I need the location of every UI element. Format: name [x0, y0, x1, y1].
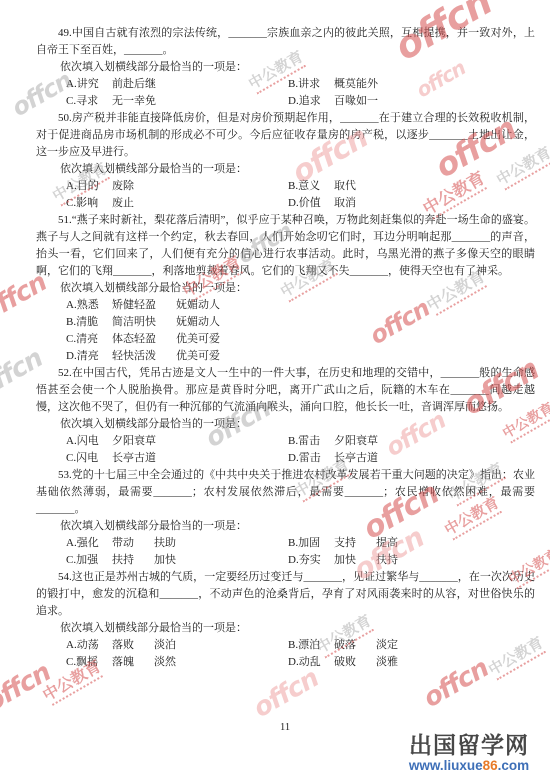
option-cell: 取消	[334, 195, 356, 212]
option-cell: C.影响	[66, 195, 112, 212]
option-cell: 无一幸免	[112, 93, 156, 110]
option: D.追求百喙如一	[288, 93, 398, 110]
liuxue-logo-name: 出国留学网	[396, 733, 542, 758]
option-cell: B.加固	[288, 535, 334, 552]
option-cell: 前赴后继	[112, 76, 156, 93]
option: D.清亮轻快活泼优美可爱	[66, 348, 288, 365]
option-cell: 淡雅	[376, 654, 398, 671]
option-cell: A.讲究	[66, 76, 112, 93]
option-cell: 长亭古道	[112, 450, 156, 467]
option-cell: A.闪电	[66, 433, 112, 450]
question-stem: 54.这也正是苏州古城的气质，一定要经历过变迁与_______，见证过繁华与__…	[36, 569, 535, 620]
options-row: C.寻求无一幸免D.追求百喙如一	[66, 93, 535, 110]
option: B.雷击夕阳衰草	[288, 433, 398, 450]
document-page: offcnoffcn中公教育offcn中公教育offcn中公教育offcn中公教…	[0, 0, 550, 782]
option-cell: 优美可爱	[176, 348, 220, 365]
option-cell: 体态轻盈	[112, 331, 156, 348]
option: B.意义取代	[288, 178, 376, 195]
option-cell: 落败	[112, 637, 134, 654]
option-cell: C.加强	[66, 552, 112, 569]
question-49: 49.中国自古就有浓烈的宗法传统，_______宗族血亲之内的彼此关照，互相提携…	[36, 25, 535, 110]
question-prompt: 依次填入划横线部分最恰当的一项是：	[36, 518, 535, 535]
option: A.熟悉矫健轻盈妩媚动人	[66, 297, 288, 314]
option-cell: 淡然	[154, 654, 176, 671]
options-row: A.闪电夕阳衰草B.雷击夕阳衰草	[66, 433, 535, 450]
option-cell: 废除	[112, 178, 134, 195]
option: D.夯实加快扶持	[288, 552, 418, 569]
option: D.价值取消	[288, 195, 376, 212]
option-cell: D.价值	[288, 195, 334, 212]
option-cell: A.目的	[66, 178, 112, 195]
option: A.目的废除	[66, 178, 288, 195]
option-cell: 破落	[334, 637, 356, 654]
options-row: D.清亮轻快活泼优美可爱	[66, 348, 535, 365]
options-row: A.熟悉矫健轻盈妩媚动人	[66, 297, 535, 314]
option-cell: 取代	[334, 178, 356, 195]
option-cell: C.闪电	[66, 450, 112, 467]
option-cell: 轻快活泼	[112, 348, 156, 365]
option-cell: B.雷击	[288, 433, 334, 450]
options-row: C.加强扶持加快D.夯实加快扶持	[66, 552, 535, 569]
option-cell: D.清亮	[66, 348, 112, 365]
option: C.飘摇落魄淡然	[66, 654, 288, 671]
option-cell: 扶持	[376, 552, 398, 569]
option-cell: 落魄	[112, 654, 134, 671]
question-prompt: 依次填入划横线部分最恰当的一项是：	[36, 59, 535, 76]
options-list: A.强化带动扶助B.加固支持提高C.加强扶持加快D.夯实加快扶持	[36, 535, 535, 569]
option: A.强化带动扶助	[66, 535, 288, 552]
url-suffix: .com	[498, 758, 530, 773]
liuxue-logo-url[interactable]: www.liuxue86.com	[396, 758, 542, 773]
option: A.闪电夕阳衰草	[66, 433, 288, 450]
option-cell: 破败	[334, 654, 356, 671]
question-prompt: 依次填入划横线部分最恰当的一项是：	[36, 416, 535, 433]
option-cell: B.清脆	[66, 314, 112, 331]
question-prompt: 依次填入划横线部分最恰当的一项是：	[36, 620, 535, 637]
question-stem: 52.在中国古代，凭吊古迹是文人一生中的一件大事，在历史和地理的交错中，____…	[36, 365, 535, 416]
question-52: 52.在中国古代，凭吊古迹是文人一生中的一件大事，在历史和地理的交错中，____…	[36, 365, 535, 467]
option-cell: C.飘摇	[66, 654, 112, 671]
option-cell: 妩媚动人	[176, 314, 220, 331]
option-cell: D.雷击	[288, 450, 334, 467]
option: C.加强扶持加快	[66, 552, 288, 569]
option: C.闪电长亭古道	[66, 450, 288, 467]
options-list: A.熟悉矫健轻盈妩媚动人B.清脆简洁明快妩媚动人C.清亮体态轻盈优美可爱D.清亮…	[36, 297, 535, 365]
option-cell: 概莫能外	[334, 76, 378, 93]
option-cell: A.强化	[66, 535, 112, 552]
questions-area: 49.中国自古就有浓烈的宗法传统，_______宗族血亲之内的彼此关照，互相提携…	[36, 25, 535, 671]
options-list: A.讲究前赴后继B.讲求概莫能外C.寻求无一幸免D.追求百喙如一	[36, 76, 535, 110]
option-cell: 带动	[112, 535, 134, 552]
option: A.讲究前赴后继	[66, 76, 288, 93]
option: C.清亮体态轻盈优美可爱	[66, 331, 288, 348]
option-cell: 百喙如一	[334, 93, 378, 110]
option-cell: 矫健轻盈	[112, 297, 156, 314]
url-prefix: www.liuxue	[409, 758, 483, 773]
option: D.雷击长亭古道	[288, 450, 398, 467]
option-cell: 加快	[154, 552, 176, 569]
option-cell: 长亭古道	[334, 450, 378, 467]
option-cell: 淡定	[376, 637, 398, 654]
option-cell: 夕阳衰草	[334, 433, 378, 450]
question-54: 54.这也正是苏州古城的气质，一定要经历过变迁与_______，见证过繁华与__…	[36, 569, 535, 671]
option-cell: 提高	[376, 535, 398, 552]
liuxue-logo: 出国留学网 www.liuxue86.com	[396, 733, 542, 773]
url-highlight: 86	[483, 758, 498, 773]
question-53: 53.党的十七届三中全会通过的《中共中央关于推进农村改革发展若干重大问题的决定》…	[36, 467, 535, 569]
question-51: 51.“燕子来时新社，梨花落后清明”，似乎应于某种召唤，万物此刻赶集似的奔赴一场…	[36, 212, 535, 365]
question-prompt: 依次填入划横线部分最恰当的一项是：	[36, 280, 535, 297]
options-row: A.讲究前赴后继B.讲求概莫能外	[66, 76, 535, 93]
option-cell: 支持	[334, 535, 356, 552]
options-list: A.动荡落败淡泊B.漂泊破落淡定C.飘摇落魄淡然D.动乱破败淡雅	[36, 637, 535, 671]
options-row: C.飘摇落魄淡然D.动乱破败淡雅	[66, 654, 535, 671]
option-cell: 妩媚动人	[176, 297, 220, 314]
question-50: 50.房产税并非能直接降低房价，但是对房价预期起作用，_______在于建立合理…	[36, 110, 535, 212]
option-cell: C.清亮	[66, 331, 112, 348]
option-cell: 扶持	[112, 552, 134, 569]
option-cell: A.动荡	[66, 637, 112, 654]
option-cell: D.追求	[288, 93, 334, 110]
question-prompt: 依次填入划横线部分最恰当的一项是：	[36, 161, 535, 178]
page-number: 11	[280, 722, 290, 733]
option-cell: D.动乱	[288, 654, 334, 671]
option: C.影响废止	[66, 195, 288, 212]
option-cell: C.寻求	[66, 93, 112, 110]
option-cell: 加快	[334, 552, 356, 569]
options-row: C.影响废止D.价值取消	[66, 195, 535, 212]
option: B.加固支持提高	[288, 535, 418, 552]
question-stem: 53.党的十七届三中全会通过的《中共中央关于推进农村改革发展若干重大问题的决定》…	[36, 467, 535, 518]
question-stem: 50.房产税并非能直接降低房价，但是对房价预期起作用，_______在于建立合理…	[36, 110, 535, 161]
options-row: B.清脆简洁明快妩媚动人	[66, 314, 535, 331]
option: A.动荡落败淡泊	[66, 637, 288, 654]
option: C.寻求无一幸免	[66, 93, 288, 110]
option: B.漂泊破落淡定	[288, 637, 418, 654]
option-cell: 废止	[112, 195, 134, 212]
option-cell: 简洁明快	[112, 314, 156, 331]
question-stem: 51.“燕子来时新社，梨花落后清明”，似乎应于某种召唤，万物此刻赶集似的奔赴一场…	[36, 212, 535, 280]
option: B.清脆简洁明快妩媚动人	[66, 314, 288, 331]
question-stem: 49.中国自古就有浓烈的宗法传统，_______宗族血亲之内的彼此关照，互相提携…	[36, 25, 535, 59]
options-row: C.闪电长亭古道D.雷击长亭古道	[66, 450, 535, 467]
option-cell: D.夯实	[288, 552, 334, 569]
options-row: A.动荡落败淡泊B.漂泊破落淡定	[66, 637, 535, 654]
option: B.讲求概莫能外	[288, 76, 398, 93]
options-row: C.清亮体态轻盈优美可爱	[66, 331, 535, 348]
options-row: A.强化带动扶助B.加固支持提高	[66, 535, 535, 552]
option-cell: 扶助	[154, 535, 176, 552]
offcn-watermark: offcn	[249, 663, 324, 724]
options-list: A.闪电夕阳衰草B.雷击夕阳衰草C.闪电长亭古道D.雷击长亭古道	[36, 433, 535, 467]
option-cell: 淡泊	[154, 637, 176, 654]
option-cell: B.意义	[288, 178, 334, 195]
option-cell: B.讲求	[288, 76, 334, 93]
option-cell: B.漂泊	[288, 637, 334, 654]
option: D.动乱破败淡雅	[288, 654, 418, 671]
options-list: A.目的废除B.意义取代C.影响废止D.价值取消	[36, 178, 535, 212]
option-cell: 优美可爱	[176, 331, 220, 348]
option-cell: A.熟悉	[66, 297, 112, 314]
options-row: A.目的废除B.意义取代	[66, 178, 535, 195]
option-cell: 夕阳衰草	[112, 433, 156, 450]
